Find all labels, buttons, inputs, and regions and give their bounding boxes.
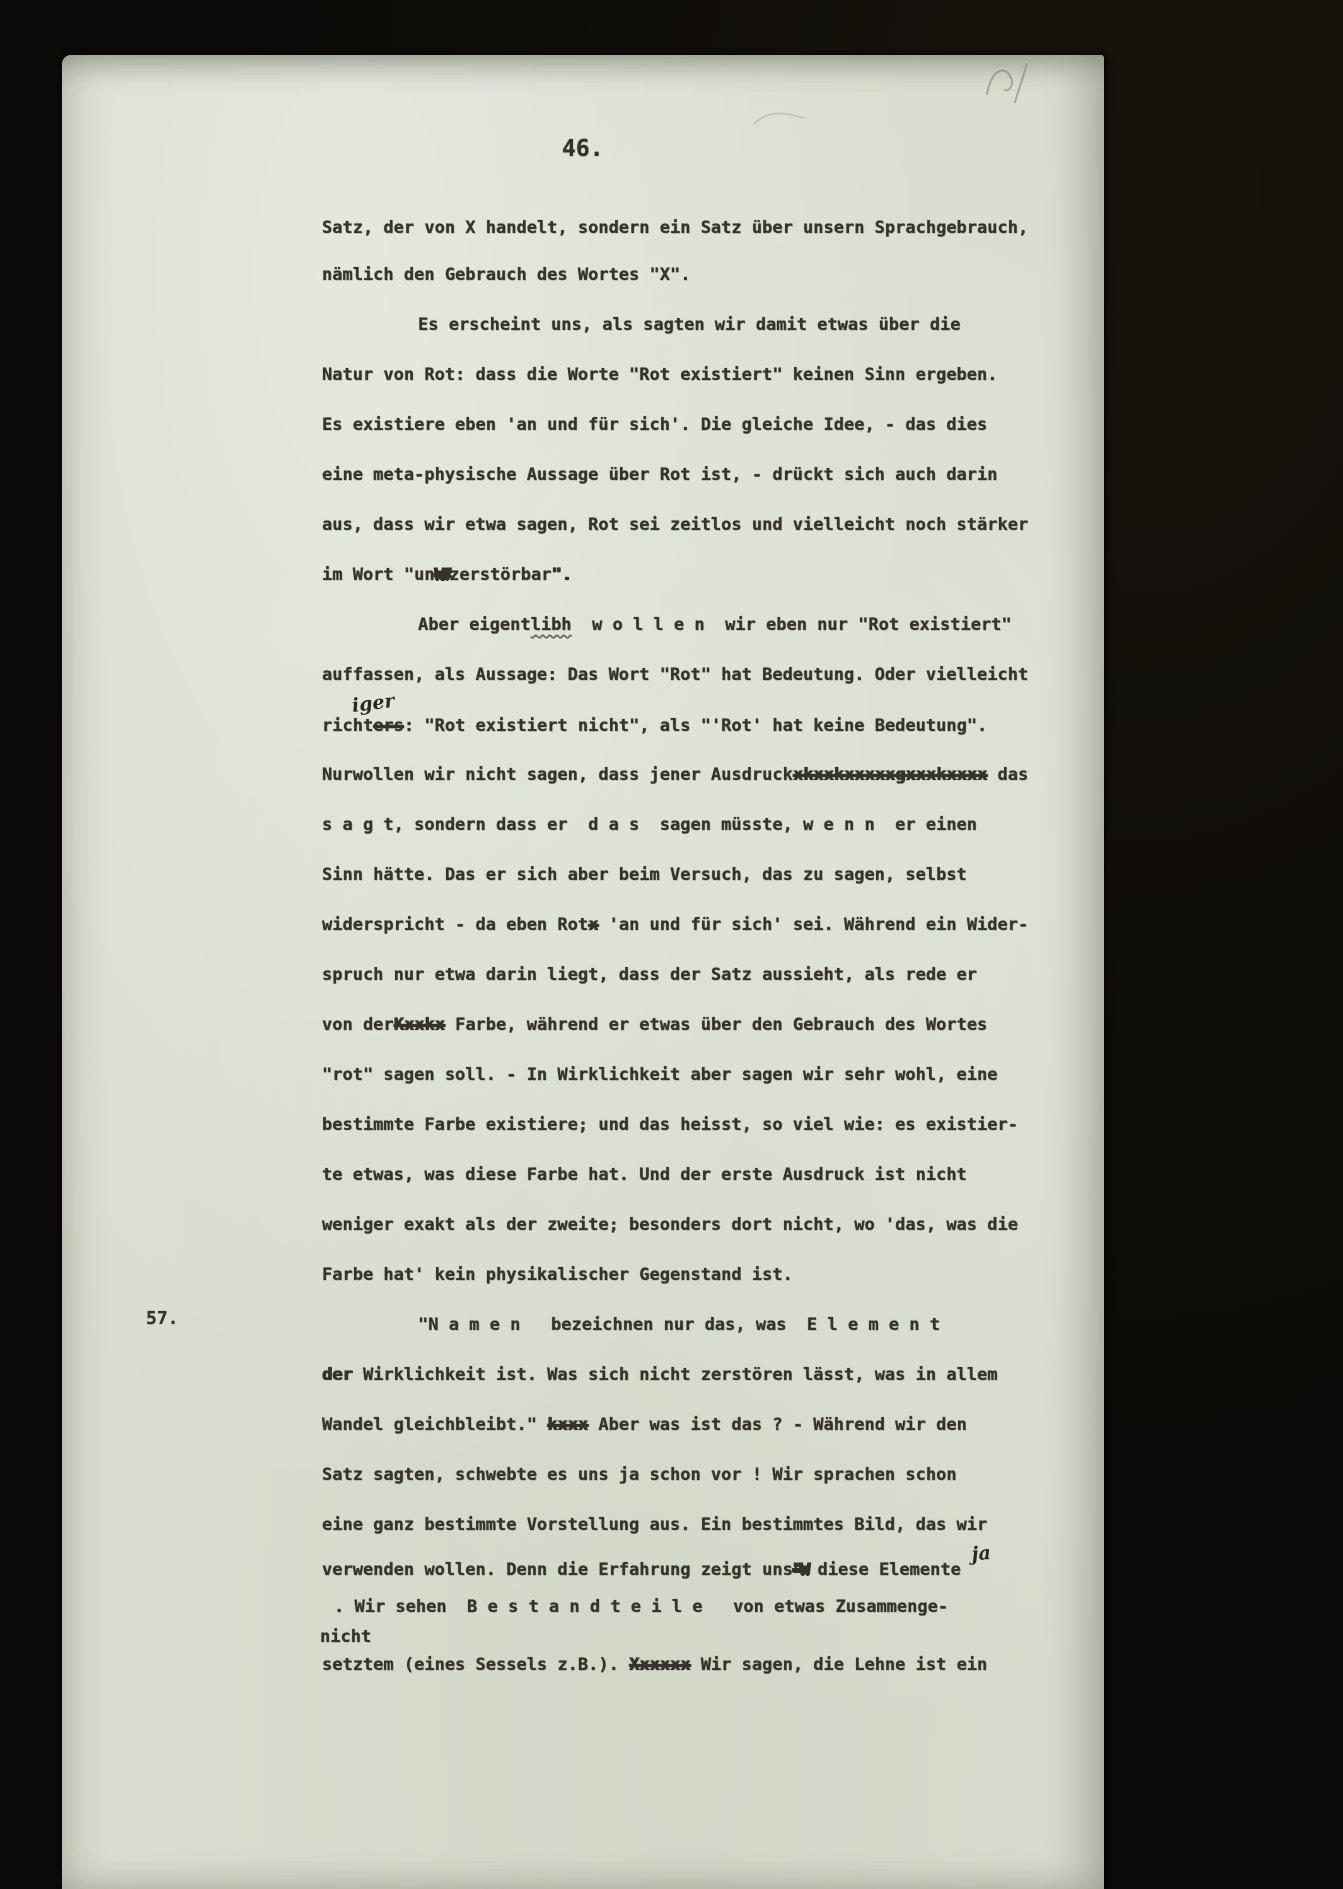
typewritten-line: "N a m e n bezeichnen nur das, was E l e… (418, 1312, 940, 1338)
typewritten-text: Farbe, während er etwas über den Gebrauc… (445, 1015, 987, 1035)
struck-out-text: ers (373, 716, 404, 736)
struck-out-text: W# (435, 565, 449, 585)
struck-out-text: kxxx (547, 1415, 588, 1435)
typewritten-line: Es erscheint uns, als sagten wir damit e… (418, 312, 960, 338)
struck-out-text: "W (793, 1560, 807, 1580)
typewritten-text: Wir sagen, die Lehne ist ein (690, 1655, 987, 1675)
typewritten-line: richtersiger: "Rot existiert nicht", als… (322, 712, 987, 739)
typewritten-text: libh (531, 615, 572, 635)
typewritten-line: Wandel gleichbleibt." kxxx Aber was ist … (322, 1412, 967, 1438)
typewritten-line: Natur von Rot: dass die Worte "Rot exist… (322, 362, 998, 388)
typewritten-text: eine ganz bestimmte Vorstellung aus. Ein… (322, 1515, 987, 1535)
typewritten-line: aus, dass wir etwa sagen, Rot sei zeitlo… (322, 512, 1028, 538)
typewritten-line: setztem (eines Sessels z.B.). Xxxxxx Wir… (322, 1652, 987, 1678)
typewritten-text: auffassen, als Aussage: Das Wort "Rot" h… (322, 665, 1028, 685)
typewritten-text: "N a m e n bezeichnen nur das, was E l e… (418, 1315, 940, 1335)
typewritten-text: das (987, 765, 1028, 785)
typewritten-line: eine ganz bestimmte Vorstellung aus. Ein… (322, 1512, 987, 1538)
typewritten-text: Wirklichkeit ist. Was sich nicht zerstör… (353, 1365, 998, 1385)
struck-out-text: xkxxkxxxxxgxxxkxxxx (793, 765, 987, 785)
page-number: 46. (562, 136, 604, 162)
typewritten-line: te etwas, was diese Farbe hat. Und der e… (322, 1162, 967, 1188)
typewritten-line: Farbe hat' kein physikalischer Gegenstan… (322, 1262, 793, 1288)
typewritten-text: spruch nur etwa darin liegt, dass der Sa… (322, 965, 977, 985)
pencil-mark (975, 52, 1047, 110)
typewritten-text: Wandel gleichbleibt." (322, 1415, 547, 1435)
struck-out-text: x (588, 915, 598, 935)
typewritten-text: Nurwollen wir nicht sagen, dass jener Au… (322, 765, 793, 785)
margin-remark-number: 57. (146, 1306, 179, 1332)
typewritten-text: aus, dass wir etwa sagen, Rot sei zeitlo… (322, 515, 1028, 535)
typewritten-line: verwenden wollen. Denn die Erfahrung zei… (322, 1556, 987, 1583)
typewritten-text: Es erscheint uns, als sagten wir damit e… (418, 315, 960, 335)
typewritten-text: Sinn hätte. Das er sich aber beim Versuc… (322, 865, 967, 885)
typewritten-text: richt (322, 716, 373, 736)
typewritten-text: im Wort "un (322, 565, 435, 585)
typewritten-text: s a g t, sondern dass er d a s sagen müs… (322, 815, 977, 835)
typewritten-text: eine meta-physische Aussage über Rot ist… (322, 465, 998, 485)
typewritten-text: ". (551, 565, 571, 585)
typewritten-text: bestimmte Farbe existiere; und das heiss… (322, 1115, 1018, 1135)
typewritten-text: Farbe hat' kein physikalischer Gegenstan… (322, 1265, 793, 1285)
typewritten-line: Aber eigentlibh w o l l e n wir eben nur… (418, 612, 1012, 638)
typewritten-text: widerspricht - da eben Rot (322, 915, 588, 935)
typewritten-text: Satz, der von X handelt, sondern ein Sat… (322, 218, 1028, 238)
pencil-smudge (750, 100, 810, 134)
typewritten-text: Es existiere eben 'an und für sich'. Die… (322, 415, 987, 435)
typewritten-text: der (322, 1365, 353, 1385)
struck-out-text: Kxxkx (394, 1015, 445, 1035)
typewritten-line: s a g t, sondern dass er d a s sagen müs… (322, 812, 977, 838)
typewritten-text: : "Rot existiert nicht", als "'Rot' hat … (404, 716, 987, 736)
typewritten-line: weniger exakt als der zweite; besonders … (322, 1212, 1018, 1238)
typewritten-line: "rot" sagen soll. - In Wirklichkeit aber… (322, 1062, 998, 1088)
typewritten-text: Aber eigent (418, 615, 531, 635)
typewritten-text: w o l l e n wir eben nur "Rot existiert" (572, 615, 1012, 635)
typewritten-text: 'an und für sich' sei. Während ein Wider… (598, 915, 1028, 935)
typewritten-text: "rot" sagen soll. - In Wirklichkeit aber… (322, 1065, 998, 1085)
typewritten-line: auffassen, als Aussage: Das Wort "Rot" h… (322, 662, 1028, 688)
typewritten-line: Nurwollen wir nicht sagen, dass jener Au… (322, 762, 1028, 788)
typewritten-line: im Wort "unW#zerstörbar". (322, 562, 572, 588)
typewritten-text: verwenden wollen. Denn die Erfahrung zei… (322, 1560, 793, 1580)
typewritten-line: Sinn hätte. Das er sich aber beim Versuc… (322, 862, 967, 888)
typewritten-text: . Wir sehen B e s t a n d t e i l e von … (334, 1597, 948, 1617)
typewritten-text: nämlich den Gebrauch des Wortes "X". (322, 265, 690, 285)
typewritten-text: setztem (eines Sessels z.B.). (322, 1655, 629, 1675)
typewritten-text: diese Elemente (807, 1560, 961, 1580)
typewritten-text: nicht (320, 1627, 371, 1647)
typewritten-text: Natur von Rot: dass die Worte "Rot exist… (322, 365, 998, 385)
typewritten-line: . Wir sehen B e s t a n d t e i l e von … (334, 1594, 948, 1620)
typewritten-text: Aber was ist das ? - Während wir den (588, 1415, 967, 1435)
typewritten-line: Es existiere eben 'an und für sich'. Die… (322, 412, 987, 438)
typewritten-text: zerstörbar (449, 565, 551, 585)
typewritten-line: Satz, der von X handelt, sondern ein Sat… (322, 215, 1028, 241)
handwritten-annotation: ja (964, 1540, 992, 1568)
typewritten-line: der Wirklichkeit ist. Was sich nicht zer… (322, 1362, 998, 1388)
typewritten-line: spruch nur etwa darin liegt, dass der Sa… (322, 962, 977, 988)
typewritten-text: weniger exakt als der zweite; besonders … (322, 1215, 1018, 1235)
typewritten-line: von derKxxkx Farbe, während er etwas übe… (322, 1012, 987, 1038)
typewritten-text: Satz sagten, schwebte es uns ja schon vo… (322, 1465, 957, 1485)
struck-out-text: Xxxxxx (629, 1655, 690, 1675)
scan-background: 46. 57. Satz, der von X handelt, sondern… (0, 0, 1343, 1889)
typewritten-line: bestimmte Farbe existiere; und das heiss… (322, 1112, 1018, 1138)
typewritten-line: nämlich den Gebrauch des Wortes "X". (322, 262, 690, 288)
typewritten-line: nicht (320, 1624, 371, 1650)
typewritten-line: widerspricht - da eben Rotx 'an und für … (322, 912, 1028, 938)
typewritten-line: Satz sagten, schwebte es uns ja schon vo… (322, 1462, 957, 1488)
typewritten-text: von der (322, 1015, 394, 1035)
typewritten-text: te etwas, was diese Farbe hat. Und der e… (322, 1165, 967, 1185)
typewritten-line: eine meta-physische Aussage über Rot ist… (322, 462, 998, 488)
